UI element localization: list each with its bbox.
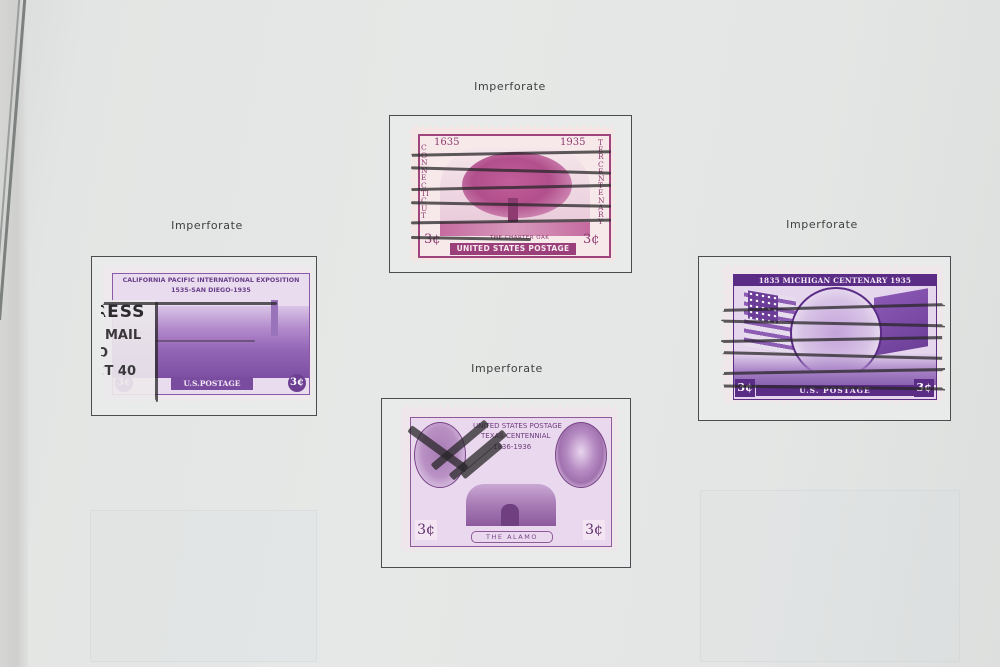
stamp-label-connecticut: Imperforate	[474, 80, 546, 93]
denomination-left: 3¢	[424, 232, 441, 247]
stamp-title-line2: 1535-SAN DIEGO-1935	[113, 287, 309, 294]
stamp-label-texas: Imperforate	[471, 362, 543, 375]
denomination-left: 3¢	[735, 379, 755, 397]
stamp-california[interactable]: CALIFORNIA PACIFIC INTERNATIONAL EXPOSIT…	[101, 264, 314, 402]
stamp-connecticut[interactable]: 1635 1935 CONNECTICUT TERCENTENARY THE C…	[409, 125, 616, 263]
michigan-flag-graphic	[874, 288, 928, 356]
year-right: 1935	[560, 137, 585, 148]
bottom-banner: U.S.POSTAGE	[171, 377, 253, 390]
stamp-label-michigan: Imperforate	[786, 218, 858, 231]
denomination-right: 3¢	[583, 232, 600, 247]
denomination-right: 3¢	[288, 374, 306, 392]
austin-portrait	[555, 422, 607, 488]
postmark-text: RESS	[93, 302, 145, 322]
stamp-michigan[interactable]: 1835 MICHIGAN CENTENARY 1935 U.S. POSTAG…	[721, 264, 945, 404]
stamp-title-line1: CALIFORNIA PACIFIC INTERNATIONAL EXPOSIT…	[113, 277, 309, 284]
binder-edge	[0, 0, 28, 667]
page-showthrough	[90, 510, 317, 662]
stamp-mount-texas: UNITED STATES POSTAGE TEXAS CENTENNIAL 1…	[381, 398, 631, 568]
year-left: 1635	[434, 137, 459, 148]
denomination-left: 3¢	[415, 520, 437, 540]
top-banner: 1835 MICHIGAN CENTENARY 1935	[734, 275, 936, 286]
stamp-texas[interactable]: UNITED STATES POSTAGE TEXAS CENTENNIAL 1…	[399, 405, 620, 553]
stamp-mount-california: CALIFORNIA PACIFIC INTERNATIONAL EXPOSIT…	[91, 256, 317, 416]
stamp-mount-connecticut: 1635 1935 CONNECTICUT TERCENTENARY THE C…	[389, 115, 632, 273]
bottom-banner: UNITED STATES POSTAGE	[450, 243, 576, 255]
page-showthrough	[700, 490, 960, 662]
stamp-label-california: Imperforate	[171, 219, 243, 232]
stamp-caption: THE ALAMO	[471, 531, 553, 543]
stamp-mount-michigan: 1835 MICHIGAN CENTENARY 1935 U.S. POSTAG…	[698, 256, 951, 421]
denomination-right: 3¢	[583, 520, 605, 540]
